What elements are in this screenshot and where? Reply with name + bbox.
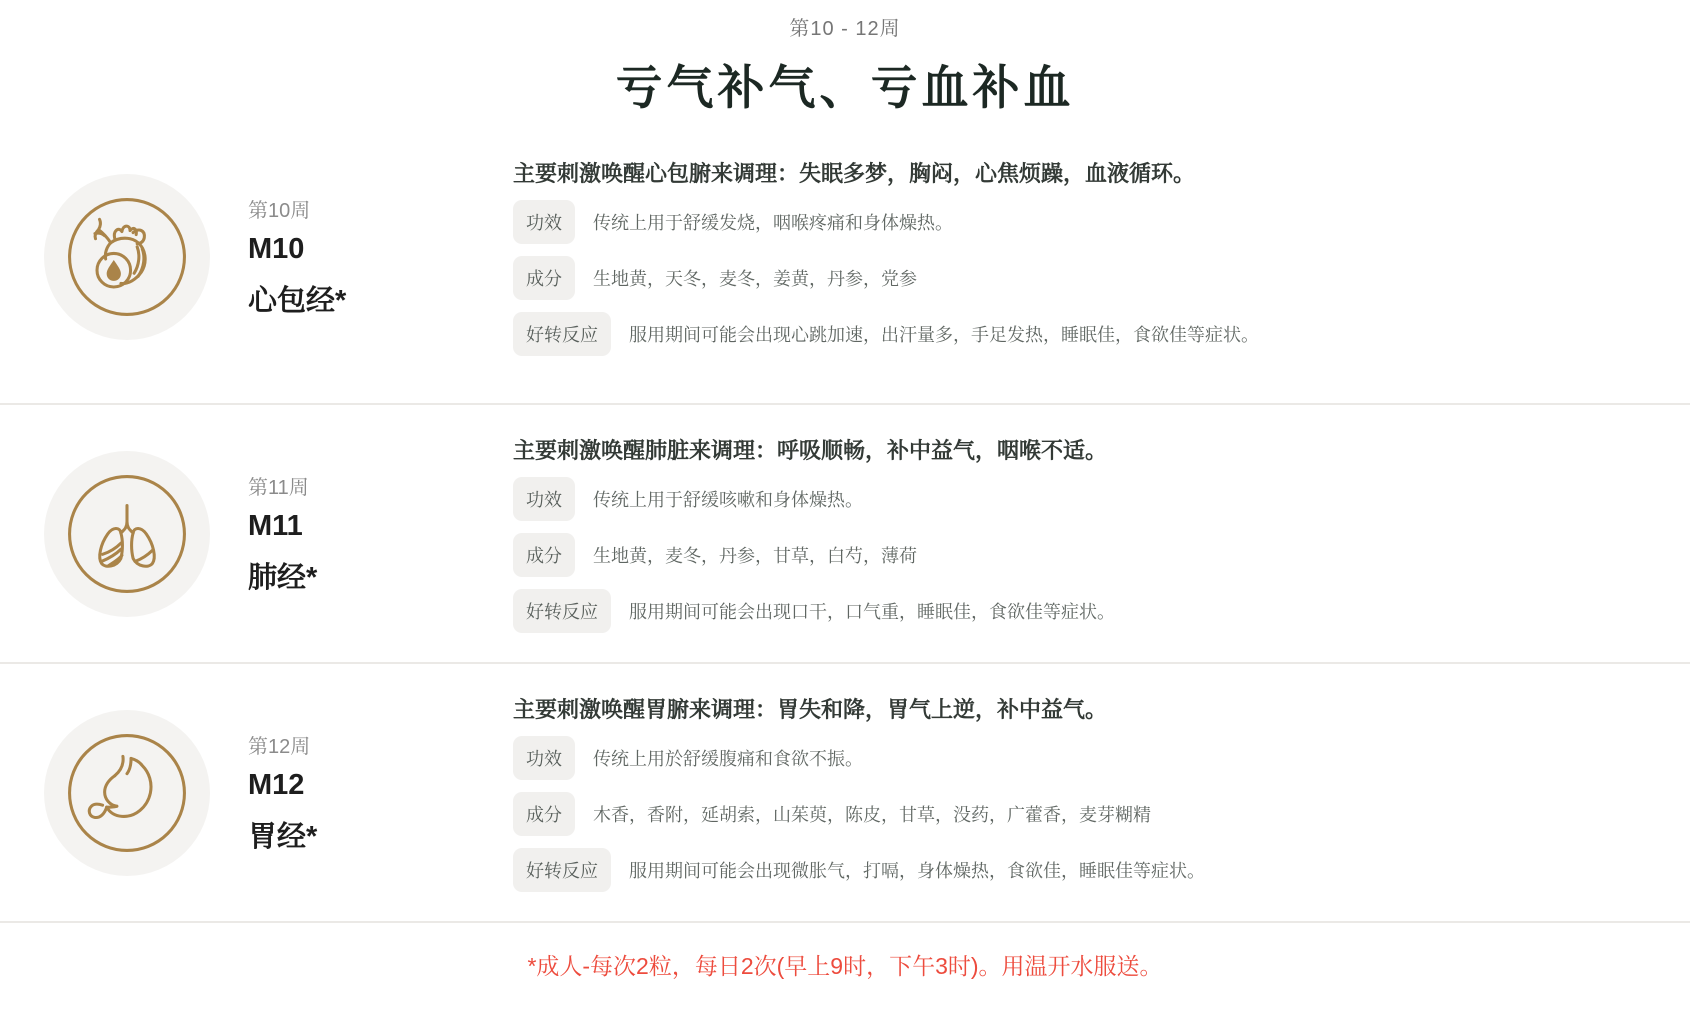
meridian-badge bbox=[44, 451, 210, 617]
reaction-tag: 好转反应 bbox=[513, 848, 611, 892]
ingredients-row: 成分 木香，香附，延胡索，山茱萸，陈皮，甘草，没药，广藿香，麦芽糊精 bbox=[513, 792, 1630, 836]
week-label: 第10周 bbox=[248, 194, 513, 223]
week-label: 第11周 bbox=[248, 471, 513, 500]
section-content: 主要刺激唤醒肺脏来调理：呼吸顺畅，补中益气，咽喉不适。 功效 传统上用于舒缓咳嗽… bbox=[513, 434, 1690, 633]
efficacy-row: 功效 传统上用於舒缓腹痛和食欲不振。 bbox=[513, 736, 1630, 780]
section-description: 主要刺激唤醒肺脏来调理：呼吸顺畅，补中益气，咽喉不适。 bbox=[513, 434, 1630, 465]
section-description: 主要刺激唤醒胃腑来调理：胃失和降，胃气上逆，补中益气。 bbox=[513, 693, 1630, 724]
section-description: 主要刺激唤醒心包腑来调理：失眠多梦，胸闷，心焦烦躁，血液循环。 bbox=[513, 157, 1630, 188]
ingredients-tag: 成分 bbox=[513, 792, 575, 836]
reaction-text: 服用期间可能会出现口干，口气重，睡眠佳，食欲佳等症状。 bbox=[629, 598, 1115, 624]
efficacy-text: 传统上用於舒缓腹痛和食欲不振。 bbox=[593, 745, 863, 771]
section-content: 主要刺激唤醒心包腑来调理：失眠多梦，胸闷，心焦烦躁，血液循环。 功效 传统上用于… bbox=[513, 157, 1690, 356]
product-code: M12 bbox=[248, 769, 513, 802]
efficacy-row: 功效 传统上用于舒缓发烧，咽喉疼痛和身体燥热。 bbox=[513, 200, 1630, 244]
reaction-text: 服用期间可能会出现微胀气，打嗝，身体燥热，食欲佳，睡眠佳等症状。 bbox=[629, 857, 1205, 883]
reaction-row: 好转反应 服用期间可能会出现心跳加速，出汗量多，手足发热，睡眠佳，食欲佳等症状。 bbox=[513, 312, 1630, 356]
reaction-row: 好转反应 服用期间可能会出现口干，口气重，睡眠佳，食欲佳等症状。 bbox=[513, 589, 1630, 633]
section-week-10: 第10周 M10 心包经* 主要刺激唤醒心包腑来调理：失眠多梦，胸闷，心焦烦躁，… bbox=[0, 110, 1690, 405]
page-header: 第10 - 12周 亏气补气、亏血补血 bbox=[0, 0, 1690, 110]
reaction-row: 好转反应 服用期间可能会出现微胀气，打嗝，身体燥热，食欲佳，睡眠佳等症状。 bbox=[513, 848, 1630, 892]
efficacy-row: 功效 传统上用于舒缓咳嗽和身体燥热。 bbox=[513, 477, 1630, 521]
ingredients-text: 木香，香附，延胡索，山茱萸，陈皮，甘草，没药，广藿香，麦芽糊精 bbox=[593, 801, 1151, 827]
week-label: 第12周 bbox=[248, 730, 513, 759]
meridian-name: 肺经* bbox=[248, 555, 513, 596]
meridian-label-block: 第11周 M11 肺经* bbox=[248, 471, 513, 596]
meridian-label-block: 第12周 M12 胃经* bbox=[248, 730, 513, 855]
efficacy-tag: 功效 bbox=[513, 477, 575, 521]
section-content: 主要刺激唤醒胃腑来调理：胃失和降，胃气上逆，补中益气。 功效 传统上用於舒缓腹痛… bbox=[513, 693, 1690, 892]
lungs-icon bbox=[66, 473, 188, 595]
reaction-tag: 好转反应 bbox=[513, 589, 611, 633]
efficacy-text: 传统上用于舒缓发烧，咽喉疼痛和身体燥热。 bbox=[593, 209, 953, 235]
efficacy-text: 传统上用于舒缓咳嗽和身体燥热。 bbox=[593, 486, 863, 512]
section-week-12: 第12周 M12 胃经* 主要刺激唤醒胃腑来调理：胃失和降，胃气上逆，补中益气。… bbox=[0, 664, 1690, 923]
heart-icon bbox=[66, 196, 188, 318]
meridian-label-block: 第10周 M10 心包经* bbox=[248, 194, 513, 319]
meridian-badge bbox=[44, 174, 210, 340]
ingredients-text: 生地黄，麦冬，丹参，甘草，白芍，薄荷 bbox=[593, 542, 917, 568]
section-week-11: 第11周 M11 肺经* 主要刺激唤醒肺脏来调理：呼吸顺畅，补中益气，咽喉不适。… bbox=[0, 405, 1690, 664]
product-code: M10 bbox=[248, 233, 513, 266]
dosage-note: *成人-每次2粒，每日2次(早上9时，下午3时)。用温开水服送。 bbox=[0, 948, 1690, 981]
stomach-icon bbox=[66, 732, 188, 854]
meridian-badge bbox=[44, 710, 210, 876]
dosage-footer: *成人-每次2粒，每日2次(早上9时，下午3时)。用温开水服送。 bbox=[0, 923, 1690, 1023]
meridian-name: 心包经* bbox=[248, 278, 513, 319]
ingredients-tag: 成分 bbox=[513, 256, 575, 300]
reaction-text: 服用期间可能会出现心跳加速，出汗量多，手足发热，睡眠佳，食欲佳等症状。 bbox=[629, 321, 1259, 347]
meridian-name: 胃经* bbox=[248, 814, 513, 855]
reaction-tag: 好转反应 bbox=[513, 312, 611, 356]
ingredients-text: 生地黄，天冬，麦冬，姜黄，丹参，党参 bbox=[593, 265, 917, 291]
ingredients-row: 成分 生地黄，天冬，麦冬，姜黄，丹参，党参 bbox=[513, 256, 1630, 300]
ingredients-tag: 成分 bbox=[513, 533, 575, 577]
efficacy-tag: 功效 bbox=[513, 736, 575, 780]
week-range-subtitle: 第10 - 12周 bbox=[0, 12, 1690, 41]
efficacy-tag: 功效 bbox=[513, 200, 575, 244]
ingredients-row: 成分 生地黄，麦冬，丹参，甘草，白芍，薄荷 bbox=[513, 533, 1630, 577]
product-code: M11 bbox=[248, 510, 513, 543]
page-title: 亏气补气、亏血补血 bbox=[0, 51, 1690, 118]
